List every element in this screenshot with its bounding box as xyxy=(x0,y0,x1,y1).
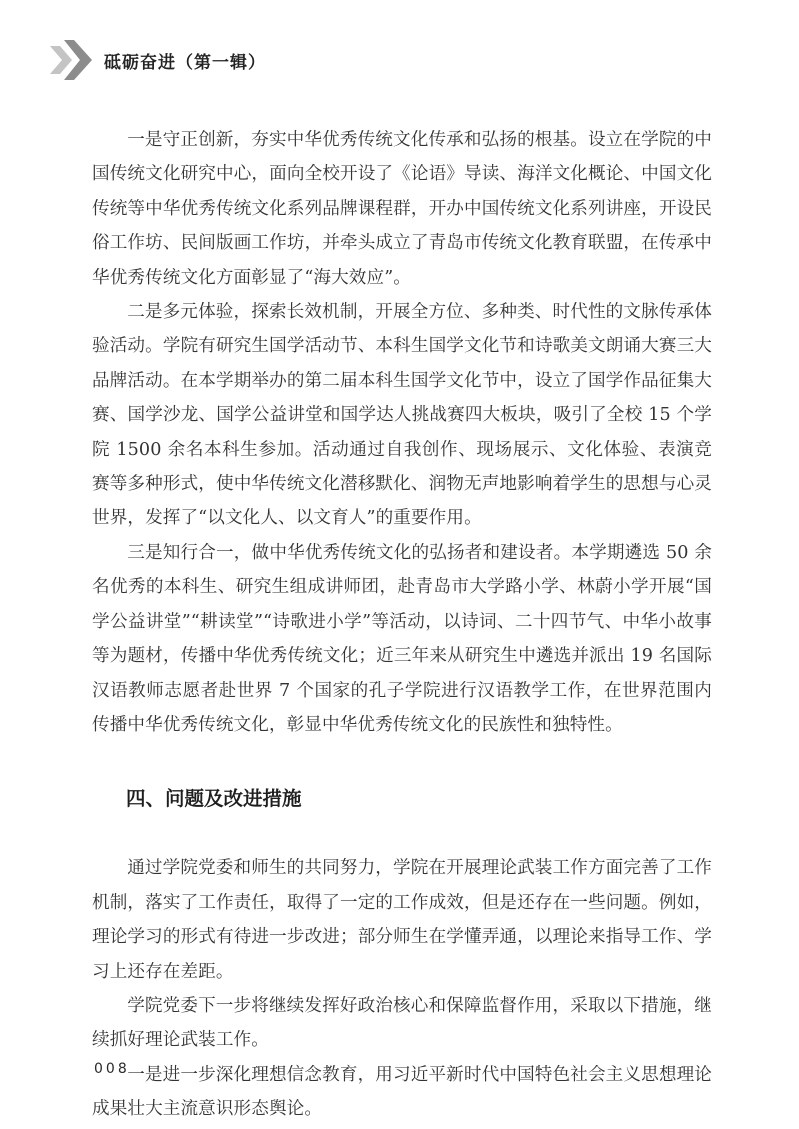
paragraph-knowledge-action: 三是知行合一，做中华优秀传统文化的弘扬者和建设者。本学期遴选 50 余名优秀的本… xyxy=(92,536,712,742)
section-heading: 四、问题及改进措施 xyxy=(126,783,712,811)
running-header: 砥砺奋进（第一辑） xyxy=(48,38,266,82)
paragraph-next-steps: 学院党委下一步将继续发挥好政治核心和保障监督作用，采取以下措施，继续抓好理论武装… xyxy=(92,989,712,1058)
paragraph-problems: 通过学院党委和师生的共同努力，学院在开展理论武装工作方面完善了工作机制，落实了工… xyxy=(92,851,712,989)
book-title: 砥砺奋进（第一辑） xyxy=(104,48,266,73)
paragraph-tradition-innovation: 一是守正创新，夯实中华优秀传统文化传承和弘扬的根基。设立在学院的中国传统文化研究… xyxy=(92,123,712,295)
page-body: 一是守正创新，夯实中华优秀传统文化传承和弘扬的根基。设立在学院的中国传统文化研究… xyxy=(92,123,712,1127)
page-number: 008 xyxy=(94,1061,130,1077)
paragraph-ideals-education: 一是进一步深化理想信念教育，用习近平新时代中国特色社会主义思想理论成果壮大主流意… xyxy=(92,1058,712,1127)
paragraph-diverse-experience: 二是多元体验，探索长效机制，开展全方位、多种类、时代性的文脉传承体验活动。学院有… xyxy=(92,295,712,536)
double-chevron-right-icon xyxy=(48,38,94,82)
